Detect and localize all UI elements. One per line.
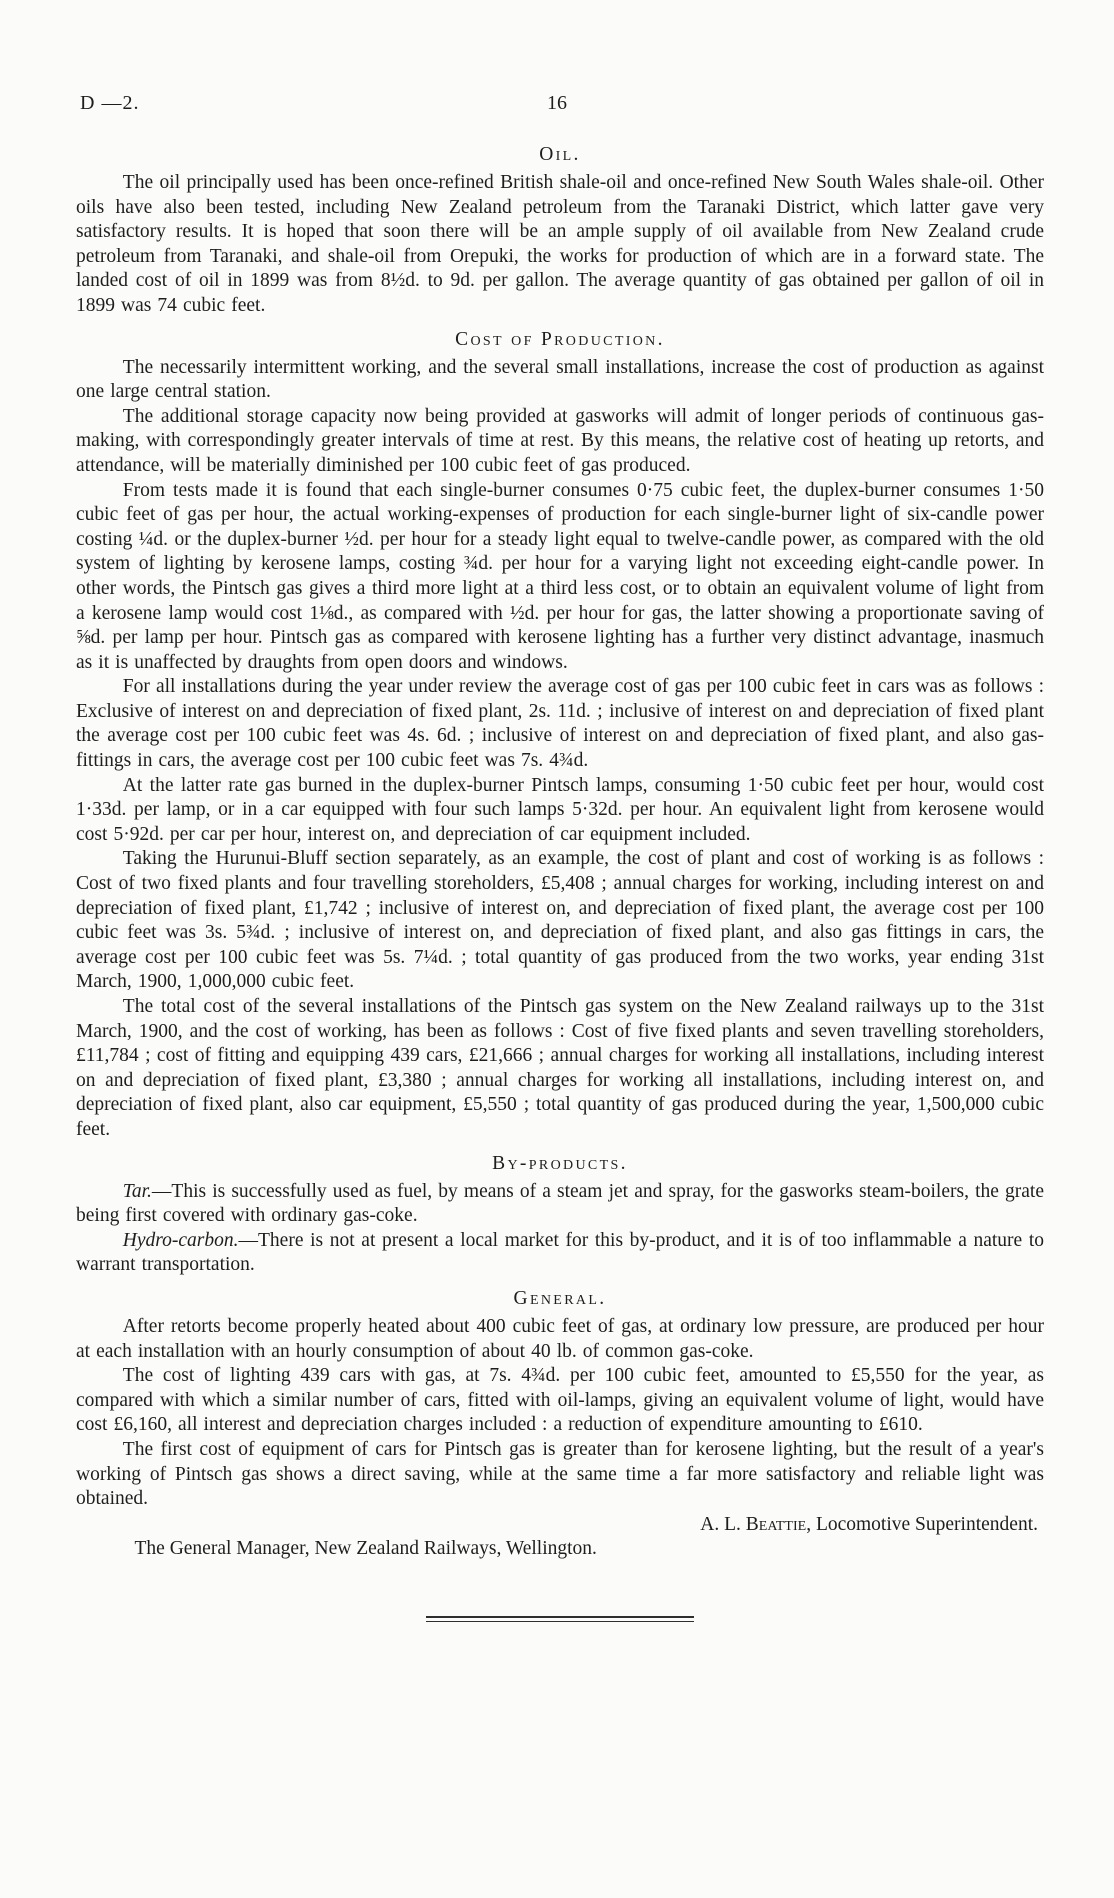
paragraph-general-3: The first cost of equipment of cars for … xyxy=(76,1438,1044,1512)
paragraph-cost-2: The additional storage capacity now bein… xyxy=(76,405,1044,479)
signature-name: A. L. Beattie xyxy=(700,1514,806,1535)
paragraph-cost-3: From tests made it is found that each si… xyxy=(76,479,1044,676)
paragraph-tar: Tar.—This is successfully used as fuel, … xyxy=(76,1180,1044,1229)
section-heading-by-products: By-products. xyxy=(76,1153,1044,1175)
paragraph-cost-7: The total cost of the several installati… xyxy=(76,995,1044,1143)
paragraph-general-2: The cost of lighting 439 cars with gas, … xyxy=(76,1364,1044,1438)
page-number: 16 xyxy=(0,92,1114,115)
paragraph-general-1: After retorts become properly heated abo… xyxy=(76,1315,1044,1364)
section-heading-cost-of-production: Cost of Production. xyxy=(76,329,1044,351)
paragraph-lead-tar: Tar. xyxy=(123,1181,152,1202)
document-page: D —2. 16 Oil. The oil principally used h… xyxy=(0,0,1114,1898)
page-header: D —2. 16 xyxy=(0,92,1114,118)
paragraph-cost-5: At the latter rate gas burned in the dup… xyxy=(76,774,1044,848)
section-heading-oil: Oil. xyxy=(76,144,1044,166)
paragraph-hydro-carbon: Hydro-carbon.—There is not at present a … xyxy=(76,1229,1044,1278)
paragraph-text-tar: —This is successfully used as fuel, by m… xyxy=(76,1181,1044,1227)
paragraph-cost-4: For all installations during the year un… xyxy=(76,675,1044,773)
paragraph-cost-6: Taking the Hurunui-Bluff section separat… xyxy=(76,847,1044,995)
signature-line: A. L. Beattie, Locomotive Superintendent… xyxy=(76,1513,1044,1538)
paragraph-cost-1: The necessarily intermittent working, an… xyxy=(76,356,1044,405)
end-rule xyxy=(426,1616,694,1622)
paragraph-oil-1: The oil principally used has been once-r… xyxy=(76,171,1044,319)
section-heading-general: General. xyxy=(76,1288,1044,1310)
paragraph-lead-hydro-carbon: Hydro-carbon. xyxy=(123,1230,239,1251)
document-content: Oil. The oil principally used has been o… xyxy=(76,144,1044,1622)
signature-title: , Locomotive Superintendent. xyxy=(806,1514,1038,1535)
addressee-line: The General Manager, New Zealand Railway… xyxy=(76,1537,1044,1562)
